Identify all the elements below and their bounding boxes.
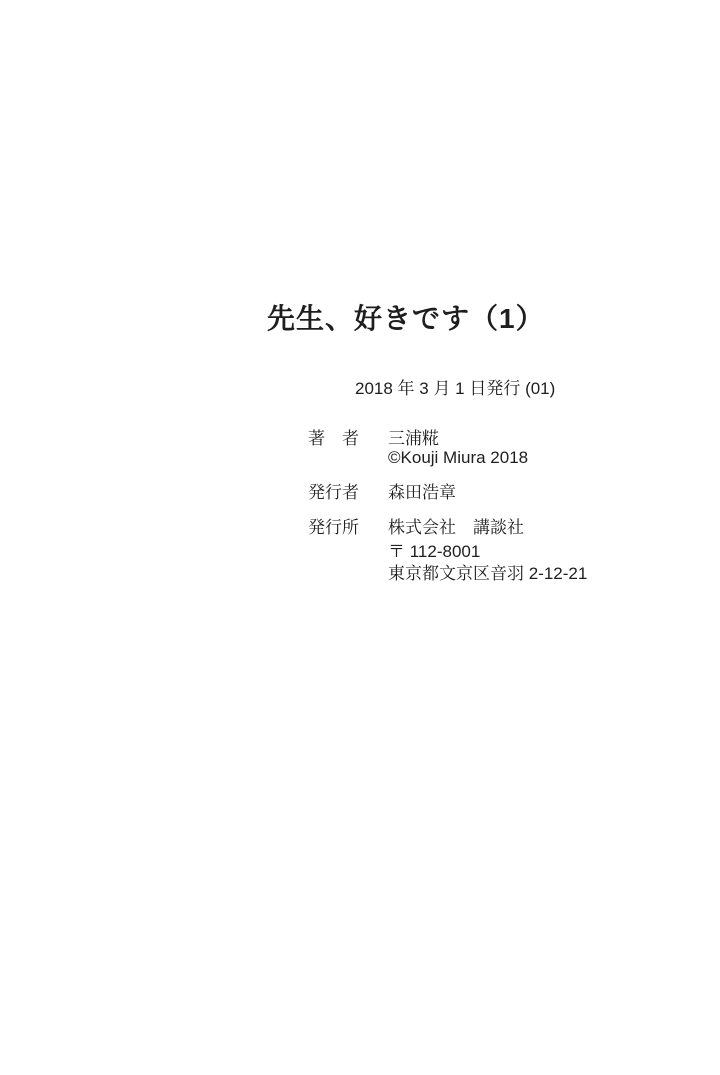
colophon-page: 先生、好きです（1） 2018 年 3 月 1 日発行 (01) 著 者 三浦糀… bbox=[0, 0, 720, 1075]
publishing-house-name: 株式会社 講談社 bbox=[388, 513, 524, 538]
book-title: 先生、好きです（1） bbox=[267, 301, 545, 337]
publishing-house-label: 発行所 bbox=[308, 513, 359, 538]
author-name: 三浦糀 bbox=[388, 424, 439, 449]
author-label: 著 者 bbox=[308, 424, 359, 449]
copyright-line: ©Kouji Miura 2018 bbox=[388, 448, 528, 468]
publisher-name: 森田浩章 bbox=[388, 478, 456, 503]
publication-date: 2018 年 3 月 1 日発行 (01) bbox=[355, 374, 555, 399]
publisher-address: 東京都文京区音羽 2-12-21 bbox=[388, 559, 587, 584]
publisher-label: 発行者 bbox=[308, 478, 359, 503]
